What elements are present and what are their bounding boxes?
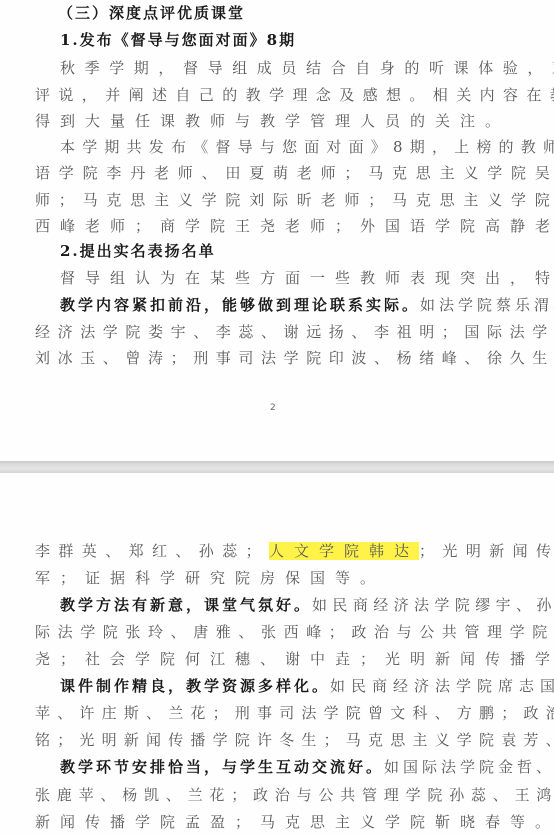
- paragraph-line: 得到大量任课教师与教学管理人员的关注。: [35, 111, 510, 131]
- text-run: 张鹿苹、杨凯、兰花；政治与公共管理学院孙蕊、王鸿铭；: [35, 786, 554, 804]
- paragraph-line: 苹、许庄斯、兰花；刑事司法学院曾文科、方鹏；政治与公共管理学院何瑾、张壹: [35, 703, 554, 723]
- praise-item-1: 教学内容紧扣前沿，能够做到理论联系实际。如法学院蔡乐渭、曹鎏；民商: [60, 295, 554, 315]
- paragraph-line: 本学期共发布《督导与您面对面》8期，上榜的教师有（按期次排序）：外国: [60, 137, 554, 157]
- paragraph-line: 新闻传播学院孟盈；马克思主义学院靳晓春等。: [35, 812, 554, 832]
- paragraph-line: 语学院李丹老师、田夏萌老师；马克思主义学院吴韵曦老师；外国语学院于中华老: [35, 163, 554, 183]
- praise-lead: 教学环节安排恰当，与学生互动交流好。: [60, 758, 384, 776]
- paragraph-line: 李群英、郑红、孙蕊；人文学院韩达；光明新闻传播学院邓力；马克思主义学院谢: [35, 541, 554, 561]
- praise-lead: 教学方法有新意，课堂气氛好。: [60, 596, 312, 614]
- paragraph-line: 秋季学期，督导组成员结合自身的听课体验，对优秀任课教师的表现进行详细: [60, 58, 554, 78]
- praise-item-2: 教学方法有新意，课堂气氛好。如民商经济法学院缪宇、孙瑜晨、王显勇；国: [60, 595, 554, 615]
- paragraph-line: 尧；社会学院何江穗、谢中垚；光明新闻传播学院朱巍等。: [35, 649, 554, 669]
- paragraph-line: 张鹿苹、杨凯、兰花；政治与公共管理学院孙蕊、王鸿铭；人文学院付小轩；光明: [35, 785, 554, 805]
- praise-names: 如国际法学院金哲、余丽、余萌、: [384, 758, 554, 776]
- paragraph-line: 铭；光明新闻传播学院许冬生；马克思主义学院袁芳、王政、张欣然、白丽萍等。: [35, 730, 554, 750]
- paragraph-line: 经济法学院娄宇、李蕊、谢远扬、李祖明；国际法学院孔得建、车路遥、李大朋、: [35, 322, 554, 342]
- praise-item-3: 课件制作精良，教学资源多样化。如民商经济法学院席志国；国际法学院张鹿: [60, 676, 554, 696]
- document-page-1: （三）深度点评优质课堂 1.发布《督导与您面对面》8期 秋季学期，督导组成员结合…: [0, 0, 554, 461]
- subsection-heading-1: 1.发布《督导与您面对面》8期: [60, 30, 296, 50]
- paragraph-line: 军；证据科学研究院房保国等。: [35, 568, 385, 588]
- text-run: 李群英、郑红、孙蕊；: [35, 542, 269, 560]
- subsection-heading-2: 2.提出实名表扬名单: [60, 241, 216, 261]
- page-number: 2: [270, 403, 276, 413]
- document-page-2: 李群英、郑红、孙蕊；人文学院韩达；光明新闻传播学院邓力；马克思主义学院谢 军；证…: [0, 473, 554, 834]
- paragraph-line: 际法学院张玲、唐雅、张西峰；政治与公共管理学院任弢、孙昊、竹子；商学院王: [35, 622, 554, 642]
- praise-item-4: 教学环节安排恰当，与学生互动交流好。如国际法学院金哲、余丽、余萌、: [60, 757, 554, 777]
- paragraph-line: 西峰老师；商学院王尧老师；外国语学院高静老师等十位教师。: [35, 216, 554, 236]
- highlighted-text: 人文学院韩达: [269, 542, 419, 560]
- praise-names: 如民商经济法学院席志国；国际法学院张鹿: [330, 677, 554, 695]
- paragraph-line: 评说，并阐述自己的教学理念及感想。相关内容在教务处微信公众号上进行发布，: [35, 85, 554, 105]
- praise-names: 如法学院蔡乐渭、曹鎏；民商: [420, 296, 554, 314]
- paragraph-line: 督导组认为在某些方面一些教师表现突出，特提出如下表扬名单：: [60, 268, 554, 288]
- page-break: [0, 461, 554, 473]
- praise-lead: 教学内容紧扣前沿，能够做到理论联系实际。: [60, 296, 420, 314]
- praise-names: 如民商经济法学院缪宇、孙瑜晨、王显勇；国: [312, 596, 554, 614]
- praise-lead: 课件制作精良，教学资源多样化。: [60, 677, 330, 695]
- paragraph-line: 刘冰玉、曾涛；刑事司法学院印波、杨绪峰、徐久生；政治与公共管理学院马璐瑶、: [35, 348, 554, 368]
- paragraph-line: 师；马克思主义学院刘际昕老师；马克思主义学院张杨老师；国际法学院杨凯、张: [35, 190, 554, 210]
- section-heading: （三）深度点评优质课堂: [58, 3, 245, 23]
- text-run: ；光明新闻传播学院邓力；马克思主义学院谢: [419, 542, 554, 560]
